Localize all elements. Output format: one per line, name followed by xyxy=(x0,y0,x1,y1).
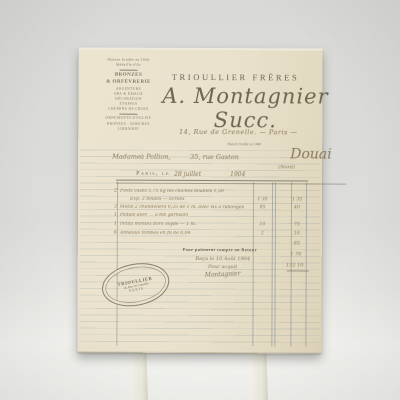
row-description: Petits montés doré oxydé — 1 m. xyxy=(120,222,252,228)
product-photo: Maison fondée en 1840 Médaille d'Or BRON… xyxy=(0,0,400,400)
row-description: Anneaux tombés en fil de 0,04 xyxy=(120,231,252,237)
subtotal-2: 1 70 xyxy=(285,251,307,257)
successor-signature: A. Montagnier Succ. xyxy=(160,84,330,133)
row-qty: 2 xyxy=(110,189,117,194)
recipient-region: (Nord) xyxy=(278,164,295,170)
row-qty: 1 xyxy=(110,213,117,218)
total-amount: 132 10 xyxy=(281,262,309,268)
recipient-name: à Pollion, xyxy=(140,153,170,161)
receipt-line: Reçu le 10 Août 1904 xyxy=(180,256,266,262)
row-amount-a: 10 xyxy=(254,222,271,227)
row-qty: 6 xyxy=(110,231,117,236)
row-amount-c: 10 xyxy=(289,231,305,236)
total-underline xyxy=(287,270,309,271)
letterhead-divider xyxy=(119,114,137,115)
dateline-year: 1904 xyxy=(230,171,245,178)
row-description: Pieds vases 5,75 kg les cloches doublés … xyxy=(120,189,252,195)
founded-note: Maison fondée en 1840 xyxy=(212,142,276,146)
row-qty: 3 xyxy=(110,205,117,210)
dateline-day: 28 juillet xyxy=(174,171,201,178)
invoice-document: Maison fondée en 1840 Médaille d'Or BRON… xyxy=(77,47,322,353)
recipient-street: 35, rue Gaston xyxy=(190,153,239,161)
dateline-printed: Paris, le xyxy=(136,171,170,177)
letterhead-left-block: Maison fondée en 1840 Médaille d'Or BRON… xyxy=(95,58,161,132)
row-amount-c: 75 xyxy=(289,222,305,227)
row-amount-c: 1 35 xyxy=(289,197,305,202)
letterhead-line: Médaille d'Or xyxy=(96,63,162,68)
letterhead-line: CHEMINS DE CROIX xyxy=(95,107,161,112)
row-amount-a: 95 xyxy=(254,205,271,210)
row-description: Métal 2 chandeliers 0,35 de 1 m. avec vi… xyxy=(120,205,252,211)
recipient-city: Douai xyxy=(290,146,332,162)
company-name: TRIOULLIER FRÈRES xyxy=(171,72,301,83)
row-description: Exp. 3 boules — livrées xyxy=(130,197,262,203)
recipient-salutation: Madame xyxy=(112,153,141,161)
row-amount-a: 1 35 xyxy=(254,197,271,202)
payment-note: Pour paiement compte ou Retour xyxy=(172,247,268,252)
row-amount-c: 40 xyxy=(289,205,305,210)
letterhead-line: LIBRAIRIE xyxy=(95,126,161,131)
row-qty: 1 xyxy=(110,222,117,227)
row-description: Pédale avec … à blé garnison xyxy=(120,213,252,219)
company-address: 14, Rue de Grenelle. — Paris — xyxy=(170,128,306,137)
subtotal-1: 85 xyxy=(287,240,307,246)
letterhead-divider xyxy=(120,70,138,71)
row-amount-a: 2 xyxy=(254,231,271,236)
